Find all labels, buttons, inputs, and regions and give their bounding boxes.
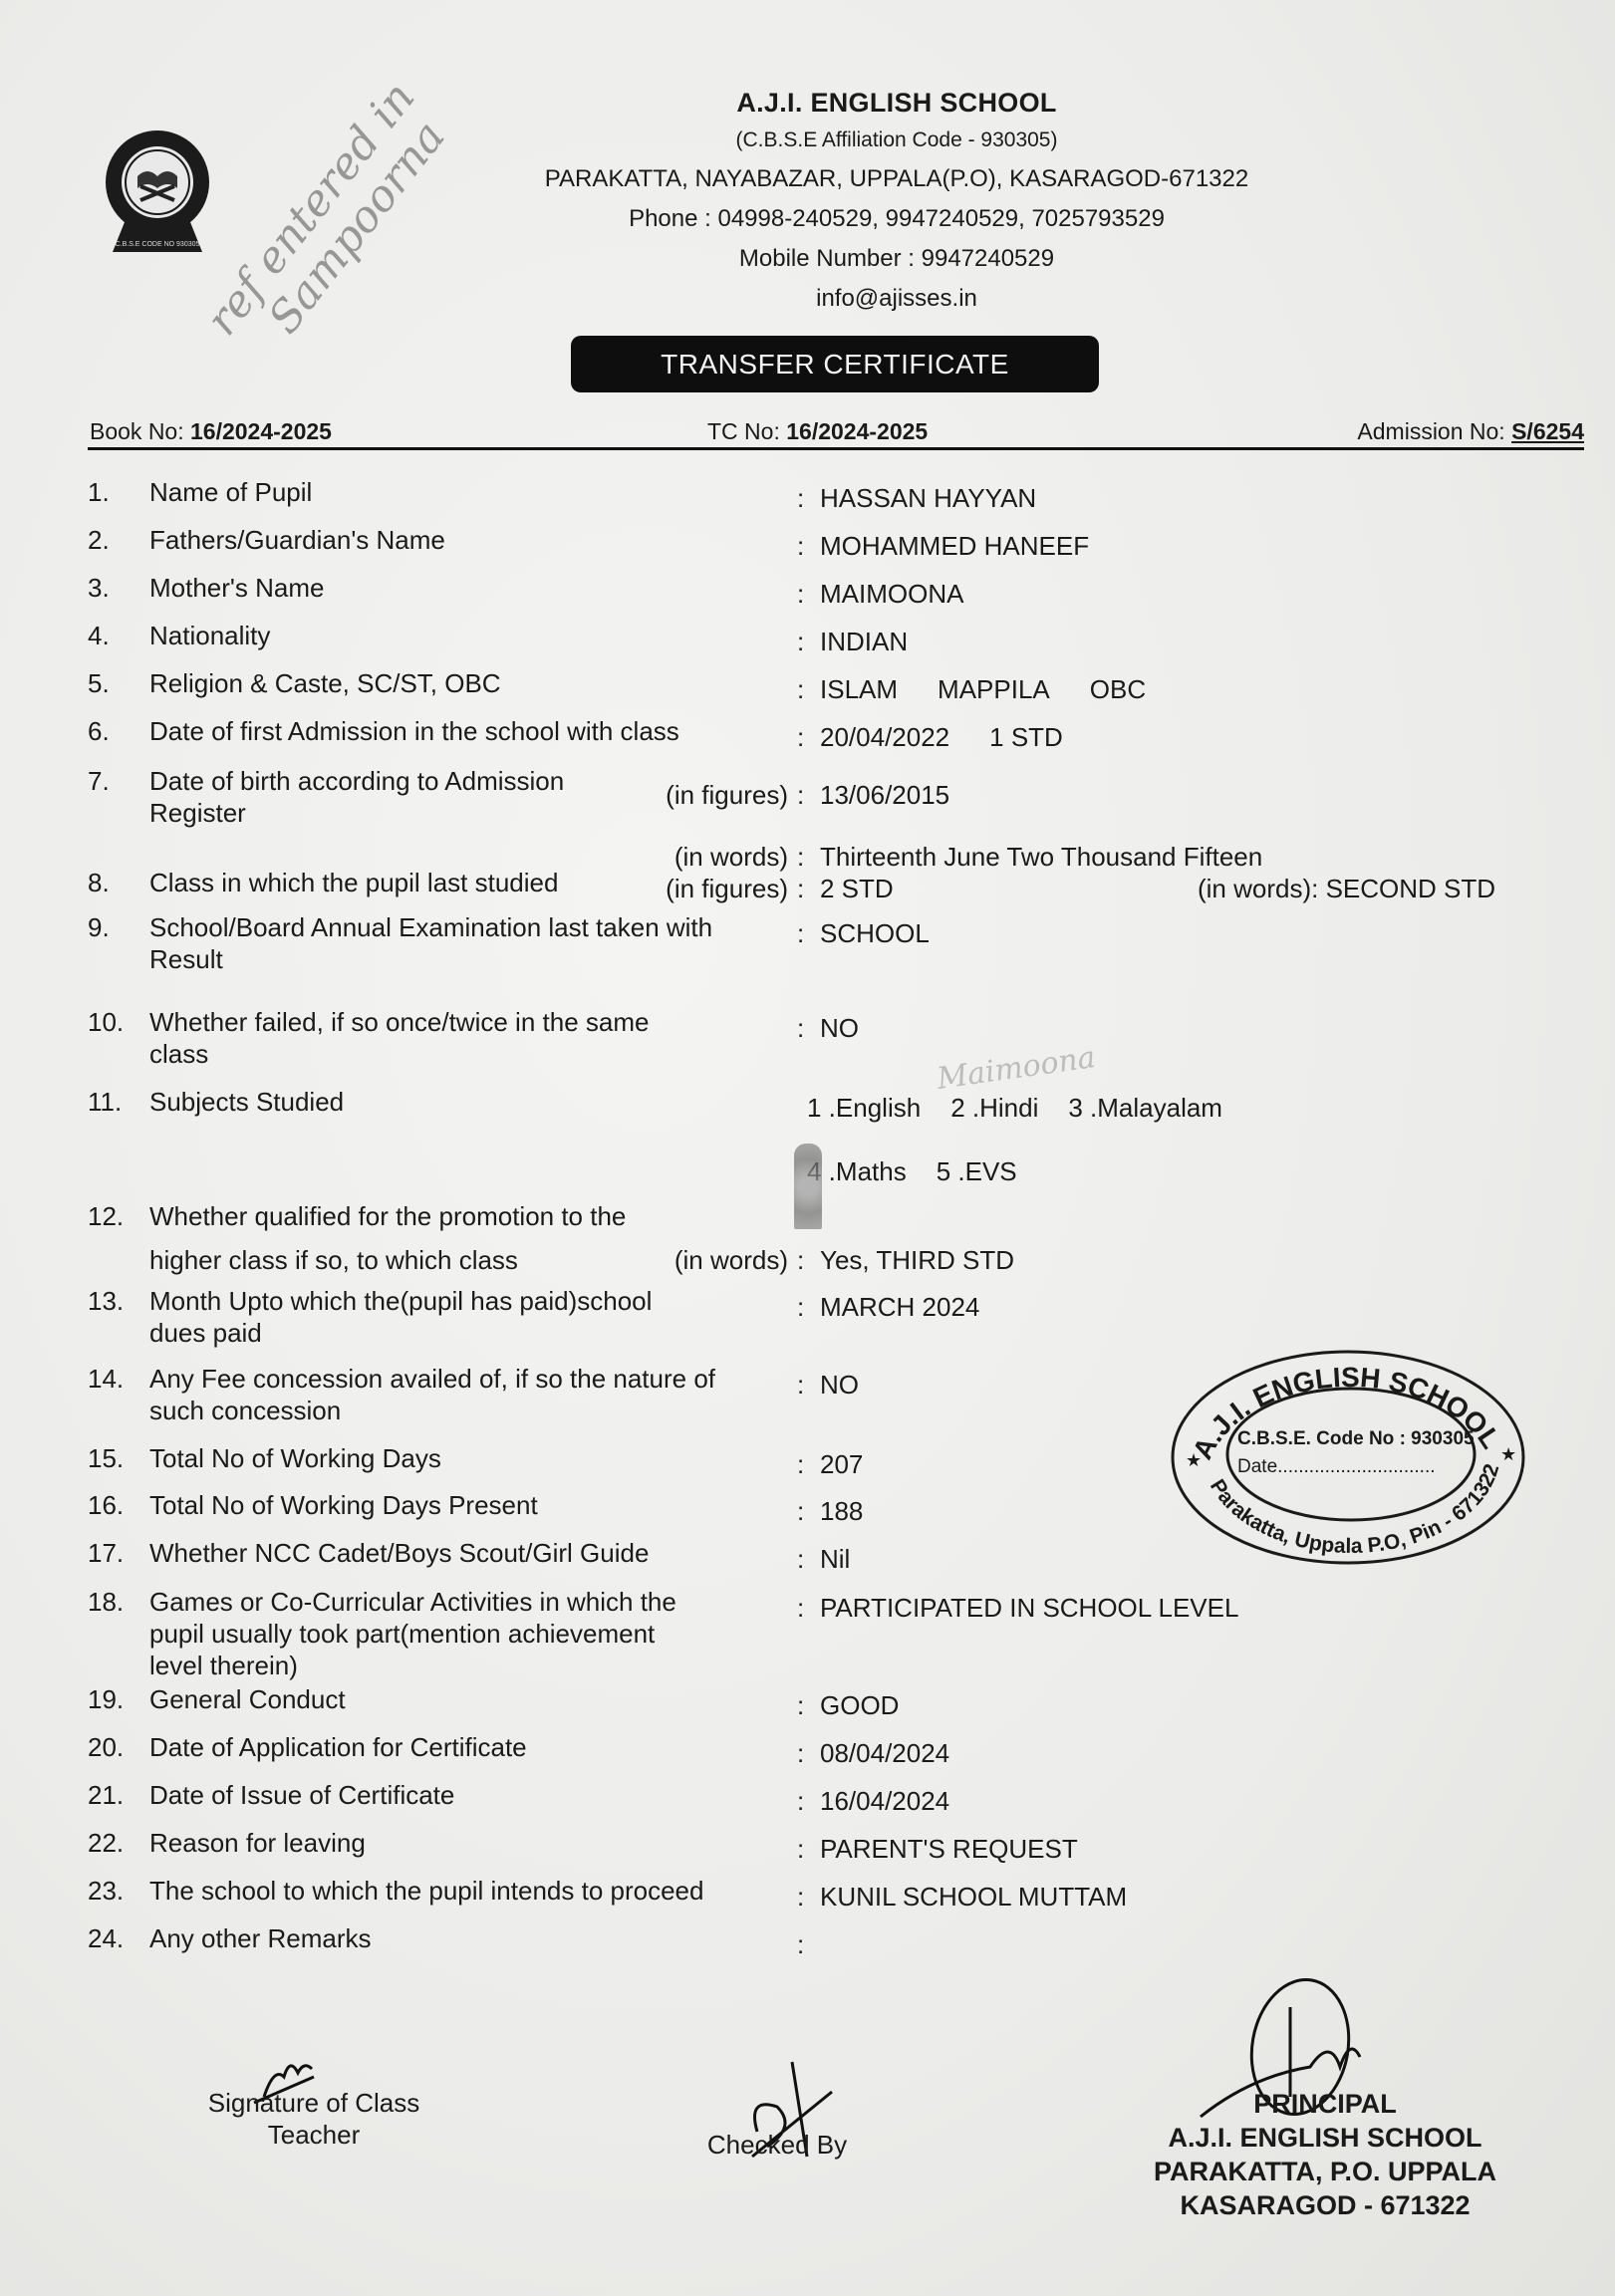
field-value: PARTICIPATED IN SCHOOL LEVEL — [820, 1592, 1238, 1624]
field-label: Nationality — [149, 620, 737, 651]
affiliation-code: (C.B.S.E Affiliation Code - 930305) — [518, 122, 1275, 159]
svg-text:C.B.S.E CODE NO 930305: C.B.S.E CODE NO 930305 — [116, 241, 200, 248]
field-value: 16/04/2024 — [820, 1785, 949, 1817]
field-value: Nil — [820, 1543, 850, 1575]
field-colon: : — [797, 1737, 804, 1769]
field-value: 20/04/20221 STD — [820, 721, 1063, 753]
field-label: Games or Co-Curricular Activities in whi… — [149, 1586, 737, 1681]
principal-block: PRINCIPAL A.J.I. ENGLISH SCHOOL PARAKATT… — [1126, 2087, 1524, 2222]
field-label: Any other Remarks — [149, 1922, 737, 1954]
field-colon: : — [797, 1495, 804, 1527]
field-colon: : — [797, 1543, 804, 1575]
field-number: 13. — [88, 1285, 124, 1317]
field-label: Whether qualified for the promotion to t… — [149, 1200, 737, 1276]
svg-text:★: ★ — [1500, 1444, 1516, 1464]
field-colon: : — [797, 1369, 804, 1401]
field-qualifier: (in figures) — [666, 873, 788, 904]
field-number: 1. — [88, 476, 110, 508]
small-stamp-mark — [794, 1144, 822, 1229]
field-label: Total No of Working Days — [149, 1442, 737, 1474]
field-label: Date of birth according to AdmissionRegi… — [149, 765, 737, 829]
field-colon: : — [797, 530, 804, 562]
field-colon: : — [797, 1928, 804, 1960]
field-number: 20. — [88, 1731, 124, 1763]
field-number: 17. — [88, 1537, 124, 1569]
field-colon: : — [797, 482, 804, 514]
field-label: Religion & Caste, SC/ST, OBC — [149, 667, 737, 699]
field-colon: : — [797, 779, 804, 811]
certificate-meta: Book No: 16/2024-2025 TC No: 16/2024-202… — [88, 416, 1584, 450]
field-colon: : — [797, 917, 804, 949]
field-number: 24. — [88, 1922, 124, 1954]
field-value: MAIMOONA — [820, 578, 963, 610]
field-number: 16. — [88, 1489, 124, 1521]
field-label: Total No of Working Days Present — [149, 1489, 737, 1521]
field-number: 12. — [88, 1200, 124, 1232]
field-value: HASSAN HAYYAN — [820, 482, 1036, 514]
field-value: NO — [820, 1012, 859, 1044]
tc-number: TC No: 16/2024-2025 — [707, 418, 928, 445]
field-number: 3. — [88, 572, 110, 604]
field-value: 188 — [820, 1495, 863, 1527]
field-number: 5. — [88, 667, 110, 699]
school-logo-icon: C.B.S.E CODE NO 930305 — [103, 127, 212, 254]
field-number: 22. — [88, 1827, 124, 1859]
subjects-list: 1 .English2 .Hindi3 .Malayalam — [807, 1092, 1222, 1124]
field-number: 14. — [88, 1363, 124, 1395]
school-header: A.J.I. ENGLISH SCHOOL (C.B.S.E Affiliati… — [518, 84, 1275, 319]
school-phone: Phone : 04998-240529, 9947240529, 702579… — [518, 199, 1275, 239]
svg-text:★: ★ — [1186, 1450, 1202, 1470]
field-colon: : — [797, 841, 804, 873]
field-label: Class in which the pupil last studied — [149, 867, 737, 898]
checked-by-label: Checked By — [677, 2130, 877, 2161]
field-value: GOOD — [820, 1689, 899, 1721]
field-colon: : — [797, 626, 804, 657]
field-label: Whether NCC Cadet/Boys Scout/Girl Guide — [149, 1537, 737, 1569]
document-title: TRANSFER CERTIFICATE — [571, 336, 1099, 392]
field-number: 21. — [88, 1779, 124, 1811]
field-label: Date of first Admission in the school wi… — [149, 715, 737, 747]
field-value: ISLAMMAPPILAOBC — [820, 673, 1146, 705]
field-number: 15. — [88, 1442, 124, 1474]
subjects-list: 4 .Maths5 .EVS — [807, 1155, 1017, 1187]
field-label: Reason for leaving — [149, 1827, 737, 1859]
school-seal-stamp: A.J.I. ENGLISH SCHOOL Parakatta, Uppala … — [1166, 1345, 1530, 1570]
field-label: Date of Application for Certificate — [149, 1731, 737, 1763]
field-number: 10. — [88, 1006, 124, 1038]
field-colon: : — [797, 673, 804, 705]
field-number: 4. — [88, 620, 110, 651]
faint-handwriting: Maimoona — [935, 1040, 1097, 1097]
field-value: 2 STD — [820, 873, 894, 904]
field-value: 13/06/2015 — [820, 779, 949, 811]
field-label: Whether failed, if so once/twice in the … — [149, 1006, 737, 1070]
field-label: Month Upto which the(pupil has paid)scho… — [149, 1285, 737, 1349]
field-number: 6. — [88, 715, 110, 747]
field-number: 7. — [88, 765, 110, 797]
field-label: Mother's Name — [149, 572, 737, 604]
field-colon: : — [797, 1881, 804, 1913]
field-colon: : — [797, 1592, 804, 1624]
field-number: 19. — [88, 1683, 124, 1715]
field-label: School/Board Annual Examination last tak… — [149, 911, 737, 975]
field-colon: : — [797, 721, 804, 753]
field-value: KUNIL SCHOOL MUTTAM — [820, 1881, 1127, 1913]
field-colon: : — [797, 1448, 804, 1480]
field-value: 08/04/2024 — [820, 1737, 949, 1769]
field-label: Subjects Studied — [149, 1086, 737, 1118]
class-teacher-signature: Signature of Class Teacher — [149, 2087, 478, 2151]
field-value: Yes, THIRD STD — [820, 1244, 1014, 1276]
field-qualifier: (in figures) — [666, 779, 788, 811]
field-value: MOHAMMED HANEEF — [820, 530, 1089, 562]
field-label: Any Fee concession availed of, if so the… — [149, 1363, 737, 1426]
field-number: 11. — [88, 1086, 122, 1118]
book-number: Book No: 16/2024-2025 — [90, 418, 332, 445]
school-address: PARAKATTA, NAYABAZAR, UPPALA(P.O), KASAR… — [518, 159, 1275, 199]
field-label: Name of Pupil — [149, 476, 737, 508]
field-number: 18. — [88, 1586, 124, 1618]
field-label: The school to which the pupil intends to… — [149, 1875, 737, 1907]
field-colon: : — [797, 578, 804, 610]
field-value: PARENT'S REQUEST — [820, 1833, 1078, 1865]
field-number: 2. — [88, 524, 110, 556]
field-label: Date of Issue of Certificate — [149, 1779, 737, 1811]
field-value: INDIAN — [820, 626, 908, 657]
field-colon: : — [797, 1689, 804, 1721]
field-colon: : — [797, 1833, 804, 1865]
school-name: A.J.I. ENGLISH SCHOOL — [518, 84, 1275, 122]
svg-text:C.B.S.E. Code No : 930305: C.B.S.E. Code No : 930305 — [1237, 1428, 1475, 1449]
field-value: NO — [820, 1369, 859, 1401]
certificate-page: C.B.S.E CODE NO 930305 ref entered in Sa… — [0, 0, 1615, 2296]
field-number: 23. — [88, 1875, 124, 1907]
admission-number: Admission No: S/6254 — [1357, 418, 1584, 445]
field-qualifier: (in words) — [674, 1244, 788, 1276]
svg-text:Date..........................: Date.............................. — [1237, 1456, 1436, 1477]
school-mobile: Mobile Number : 9947240529 — [518, 239, 1275, 279]
field-value: SCHOOL — [820, 917, 930, 949]
field-value-words: (in words): SECOND STD — [1198, 873, 1495, 904]
field-label: Fathers/Guardian's Name — [149, 524, 737, 556]
field-label: General Conduct — [149, 1683, 737, 1715]
field-number: 9. — [88, 911, 110, 943]
field-value: 207 — [820, 1448, 863, 1480]
field-value: Thirteenth June Two Thousand Fifteen — [820, 841, 1262, 873]
field-colon: : — [797, 1244, 804, 1276]
field-colon: : — [797, 873, 804, 904]
field-number: 8. — [88, 867, 110, 898]
school-email: info@ajisses.in — [518, 279, 1275, 319]
field-value: MARCH 2024 — [820, 1291, 979, 1323]
field-colon: : — [797, 1291, 804, 1323]
field-colon: : — [797, 1012, 804, 1044]
field-colon: : — [797, 1785, 804, 1817]
